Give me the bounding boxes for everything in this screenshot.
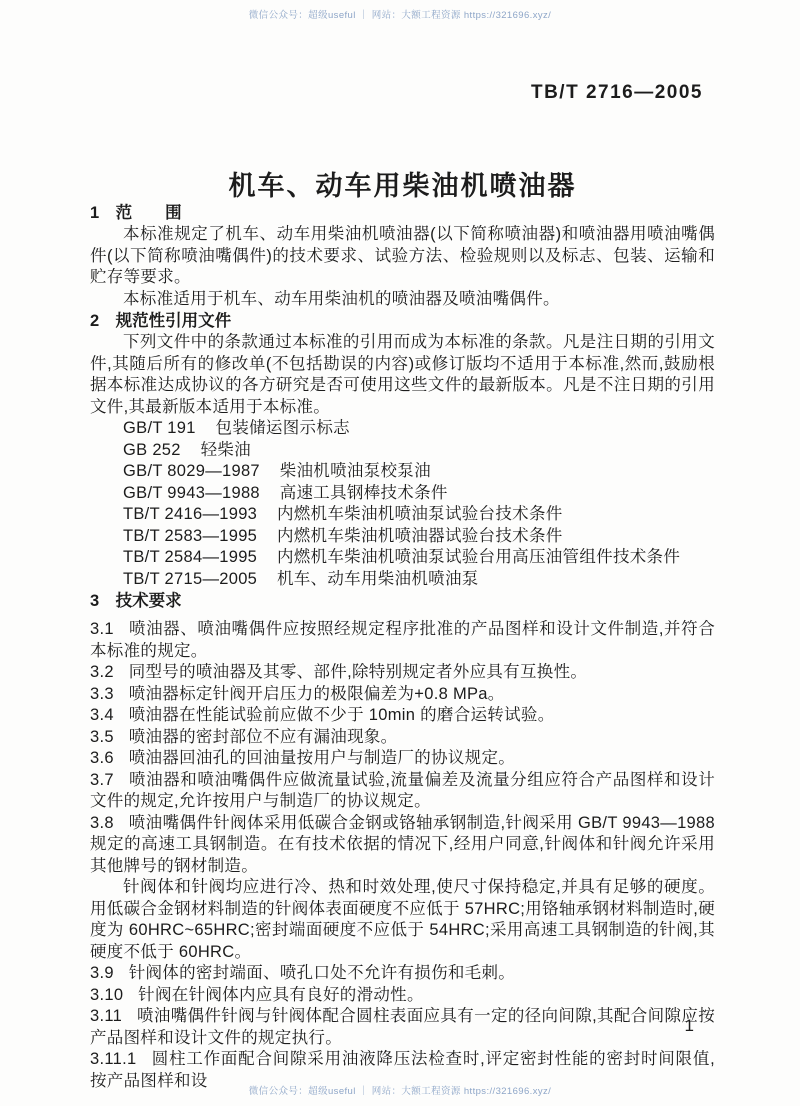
clause-number: 3.2: [90, 663, 114, 681]
clause-3-7: 3.7喷油器和喷油嘴偶件应做流量试验,流量偏差及流量分组应符合产品图样和设计文件…: [90, 770, 715, 813]
reference-item: TB/T 2715—2005机车、动车用柴油机喷油泵: [90, 569, 715, 591]
document-page: 微信公众号：超级useful ｜ 网站：大额工程资源 https://32169…: [0, 0, 800, 1106]
section-2-heading: 2 规范性引用文件: [90, 310, 715, 332]
reference-code: TB/T 2715—2005: [123, 570, 257, 588]
clause-3-6: 3.6喷油器回油孔的回油量按用户与制造厂的协议规定。: [90, 748, 715, 770]
clause-3-8: 3.8喷油嘴偶件针阀体采用低碳合金钢或铬轴承钢制造,针阀采用 GB/T 9943…: [90, 813, 715, 878]
clause-number: 3.11: [90, 1007, 122, 1025]
clause-text: 喷油器回油孔的回油量按用户与制造厂的协议规定。: [129, 749, 515, 767]
page-number: 1: [685, 1016, 694, 1036]
clause-list: 3.1喷油器、喷油嘴偶件应按照经规定程序批准的产品图样和设计文件制造,并符合本标…: [90, 619, 715, 1092]
clause-3-8-continuation: 针阀体和针阀均应进行冷、热和时效处理,使尺寸保持稳定,并具有足够的硬度。用低碳合…: [90, 877, 715, 963]
reference-code: GB/T 8029—1987: [123, 462, 260, 480]
document-title: 机车、动车用柴油机喷油器: [90, 170, 715, 202]
reference-item: GB/T 9943—1988高速工具钢棒技术条件: [90, 483, 715, 505]
reference-title: 包装储运图示标志: [216, 419, 350, 437]
reference-item: GB/T 8029—1987柴油机喷油泵校泵油: [90, 461, 715, 483]
clause-number: 3.7: [90, 771, 114, 789]
reference-code: GB/T 191: [123, 419, 196, 437]
clause-3-4: 3.4喷油器在性能试验前应做不少于 10min 的磨合运转试验。: [90, 705, 715, 727]
reference-code: TB/T 2584—1995: [123, 548, 257, 566]
clause-3-10: 3.10针阀在针阀体内应具有良好的滑动性。: [90, 985, 715, 1007]
reference-title: 内燃机车柴油机喷油器试验台技术条件: [277, 527, 563, 545]
watermark-top: 微信公众号：超级useful ｜ 网站：大额工程资源 https://32169…: [0, 7, 800, 21]
reference-item: TB/T 2583—1995内燃机车柴油机喷油器试验台技术条件: [90, 526, 715, 548]
clause-text: 喷油器在性能试验前应做不少于 10min 的磨合运转试验。: [129, 706, 555, 724]
clause-text: 针阀体的密封端面、喷孔口处不允许有损伤和毛刺。: [129, 964, 515, 982]
clause-text: 针阀在针阀体内应具有良好的滑动性。: [138, 986, 424, 1004]
clause-number: 3.8: [90, 814, 114, 832]
clause-number: 3.11.1: [90, 1050, 136, 1068]
clause-text: 喷油器标定针阀开启压力的极限偏差为+0.8 MPa。: [129, 685, 505, 703]
reference-title: 轻柴油: [201, 441, 251, 459]
clause-3-2: 3.2同型号的喷油器及其零、部件,除特别规定者外应具有互换性。: [90, 662, 715, 684]
clause-3-11: 3.11喷油嘴偶件针阀与针阀体配合圆柱表面应具有一定的径向间隙,其配合间隙应按产…: [90, 1006, 715, 1049]
clause-text: 喷油嘴偶件针阀与针阀体配合圆柱表面应具有一定的径向间隙,其配合间隙应按产品图样和…: [90, 1007, 715, 1047]
clause-text: 喷油嘴偶件针阀体采用低碳合金钢或铬轴承钢制造,针阀采用 GB/T 9943—19…: [90, 814, 715, 875]
section-2-intro: 下列文件中的条款通过本标准的引用而成为本标准的条款。凡是注日期的引用文件,其随后…: [90, 332, 715, 418]
clause-3-9: 3.9针阀体的密封端面、喷孔口处不允许有损伤和毛刺。: [90, 963, 715, 985]
section-1-paragraph: 本标准规定了机车、动车用柴油机喷油器(以下简称喷油器)和喷油器用喷油嘴偶件(以下…: [90, 224, 715, 289]
clause-text: 同型号的喷油器及其零、部件,除特别规定者外应具有互换性。: [129, 663, 587, 681]
reference-item: TB/T 2584—1995内燃机车柴油机喷油泵试验台用高压油管组件技术条件: [90, 547, 715, 569]
clause-number: 3.5: [90, 728, 114, 746]
reference-item: GB 252轻柴油: [90, 440, 715, 462]
clause-number: 3.9: [90, 964, 114, 982]
reference-title: 高速工具钢棒技术条件: [280, 484, 448, 502]
reference-list: GB/T 191包装储运图示标志 GB 252轻柴油 GB/T 8029—198…: [90, 418, 715, 590]
clause-text: 喷油器和喷油嘴偶件应做流量试验,流量偏差及流量分组应符合产品图样和设计文件的规定…: [90, 771, 715, 811]
watermark-bottom: 微信公众号：超级useful ｜ 网站：大额工程资源 https://32169…: [0, 1083, 800, 1097]
clause-3-3: 3.3喷油器标定针阀开启压力的极限偏差为+0.8 MPa。: [90, 684, 715, 706]
clause-3-5: 3.5喷油器的密封部位不应有漏油现象。: [90, 727, 715, 749]
section-1-paragraph: 本标准适用于机车、动车用柴油机的喷油器及喷油嘴偶件。: [90, 289, 715, 311]
reference-code: TB/T 2583—1995: [123, 527, 257, 545]
section-3-heading: 3 技术要求: [90, 590, 715, 612]
clause-3-1: 3.1喷油器、喷油嘴偶件应按照经规定程序批准的产品图样和设计文件制造,并符合本标…: [90, 619, 715, 662]
reference-title: 内燃机车柴油机喷油泵试验台技术条件: [277, 505, 563, 523]
section-1-heading: 1 范 围: [90, 202, 715, 224]
reference-code: GB/T 9943—1988: [123, 484, 260, 502]
clause-number: 3.3: [90, 685, 114, 703]
clause-number: 3.4: [90, 706, 114, 724]
reference-item: TB/T 2416—1993内燃机车柴油机喷油泵试验台技术条件: [90, 504, 715, 526]
reference-code: GB 252: [123, 441, 181, 459]
reference-title: 机车、动车用柴油机喷油泵: [277, 570, 479, 588]
reference-title: 柴油机喷油泵校泵油: [280, 462, 431, 480]
reference-code: TB/T 2416—1993: [123, 505, 257, 523]
reference-item: GB/T 191包装储运图示标志: [90, 418, 715, 440]
clause-text: 喷油器的密封部位不应有漏油现象。: [129, 728, 398, 746]
clause-number: 3.1: [90, 620, 114, 638]
standard-code: TB/T 2716—2005: [531, 82, 703, 104]
document-content: 机车、动车用柴油机喷油器 1 范 围 本标准规定了机车、动车用柴油机喷油器(以下…: [90, 170, 715, 1092]
clause-number: 3.10: [90, 986, 123, 1004]
reference-title: 内燃机车柴油机喷油泵试验台用高压油管组件技术条件: [277, 548, 680, 566]
clause-number: 3.6: [90, 749, 114, 767]
clause-text: 喷油器、喷油嘴偶件应按照经规定程序批准的产品图样和设计文件制造,并符合本标准的规…: [90, 620, 715, 660]
